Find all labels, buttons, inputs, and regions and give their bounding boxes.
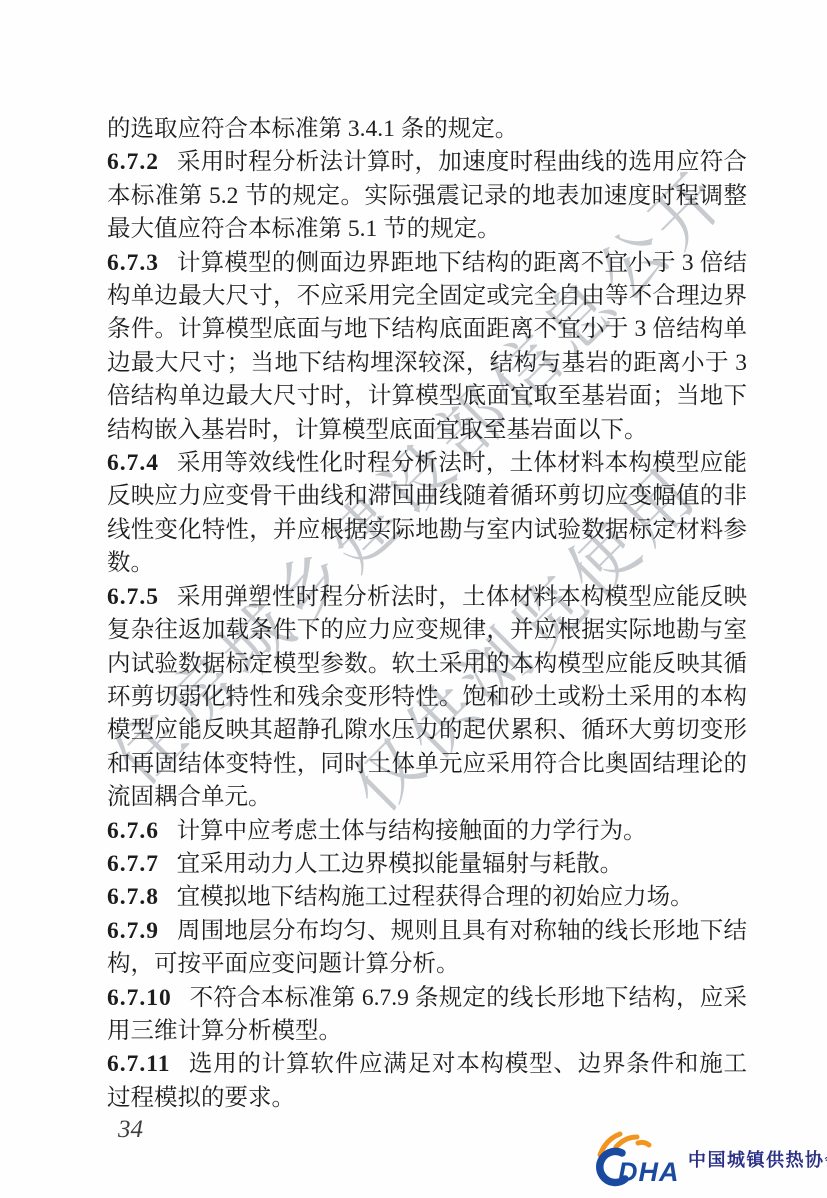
clause-number: 6.7.7 [107, 851, 159, 877]
clause-number: 6.7.4 [107, 450, 159, 476]
clause-paragraph: 6.7.5采用弹塑性时程分析法时，土体材料本构模型应能反映复杂往返加载条件下的应… [107, 581, 747, 815]
clause-text: 采用等效线性化时程分析法时，土体材料本构模型应能反映应力应变骨干曲线和滞回曲线随… [107, 450, 747, 576]
standard-clauses-text: 的选取应符合本标准第 3.4.1 条的规定。 6.7.2采用时程分析法计算时，加… [107, 113, 747, 1115]
clause-paragraph: 6.7.11选用的计算软件应满足对本构模型、边界条件和施工过程模拟的要求。 [107, 1048, 747, 1115]
clause-number: 6.7.6 [107, 818, 159, 844]
clause-paragraph: 6.7.8宜模拟地下结构施工过程获得合理的初始应力场。 [107, 881, 747, 914]
clause-paragraph: 6.7.7宜采用动力人工边界模拟能量辐射与耗散。 [107, 848, 747, 881]
clause-text: 宜模拟地下结构施工过程获得合理的初始应力场。 [177, 884, 694, 910]
clause-text: 计算模型的侧面边界距地下结构的距离不宜小于 3 倍结构单边最大尺寸，不应采用完全… [107, 250, 747, 443]
document-page: 住房城乡建设部信息公开 仅供浏览使用 的选取应符合本标准第 3.4.1 条的规定… [0, 0, 827, 1198]
clause-number: 6.7.3 [107, 250, 159, 276]
clause-number: 6.7.8 [107, 884, 159, 910]
page-number: 34 [118, 1116, 143, 1144]
association-logo: DHA 中国城镇供热协会 [592, 1128, 818, 1190]
clause-paragraph: 6.7.9周围地层分布均匀、规则且具有对称轴的线长形地下结构，可按平面应变问题计… [107, 915, 747, 982]
clause-text: 选用的计算软件应满足对本构模型、边界条件和施工过程模拟的要求。 [107, 1051, 747, 1110]
clause-number: 6.7.9 [107, 918, 159, 944]
association-name: 中国城镇供热协会 [688, 1146, 827, 1172]
clause-paragraph: 6.7.6计算中应考虑土体与结构接触面的力学行为。 [107, 815, 747, 848]
clause-text: 采用弹塑性时程分析法时，土体材料本构模型应能反映复杂往返加载条件下的应力应变规律… [107, 584, 747, 810]
clause-text: 的选取应符合本标准第 3.4.1 条的规定。 [107, 116, 518, 142]
cdha-acronym: DHA [618, 1157, 680, 1187]
clause-text: 周围地层分布均匀、规则且具有对称轴的线长形地下结构，可按平面应变问题计算分析。 [107, 918, 747, 977]
clause-paragraph: 6.7.10不符合本标准第 6.7.9 条规定的线长形地下结构，应采用三维计算分… [107, 982, 747, 1049]
cdha-logo-icon: DHA [592, 1129, 684, 1189]
clause-paragraph: 的选取应符合本标准第 3.4.1 条的规定。 [107, 113, 747, 146]
clause-paragraph: 6.7.3计算模型的侧面边界距地下结构的距离不宜小于 3 倍结构单边最大尺寸，不… [107, 247, 747, 447]
clause-paragraph: 6.7.4采用等效线性化时程分析法时，土体材料本构模型应能反映应力应变骨干曲线和… [107, 447, 747, 581]
clause-paragraph: 6.7.2采用时程分析法计算时，加速度时程曲线的选用应符合本标准第 5.2 节的… [107, 146, 747, 246]
clause-text: 采用时程分析法计算时，加速度时程曲线的选用应符合本标准第 5.2 节的规定。实际… [107, 149, 747, 242]
clause-text: 不符合本标准第 6.7.9 条规定的线长形地下结构，应采用三维计算分析模型。 [107, 985, 747, 1044]
clause-number: 6.7.5 [107, 584, 159, 610]
clause-text: 宜采用动力人工边界模拟能量辐射与耗散。 [177, 851, 624, 877]
clause-text: 计算中应考虑土体与结构接触面的力学行为。 [177, 818, 647, 844]
clause-number: 6.7.2 [107, 149, 159, 175]
clause-number: 6.7.10 [107, 985, 172, 1011]
clause-number: 6.7.11 [107, 1051, 170, 1077]
